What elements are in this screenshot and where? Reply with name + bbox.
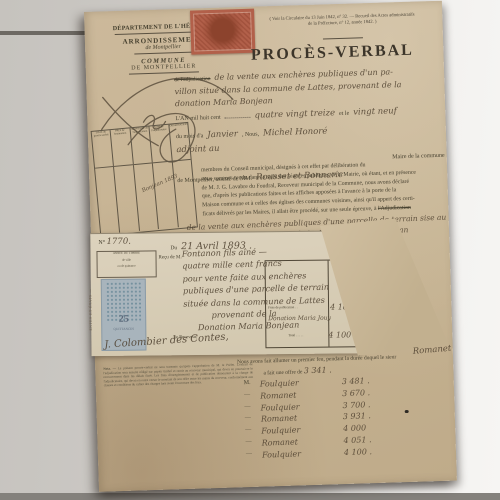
bid-prefix: M. bbox=[244, 380, 260, 386]
numero-handwritten: 1770. bbox=[107, 237, 131, 247]
divider bbox=[323, 37, 363, 39]
handwritten-officer-name: Michel Honoré bbox=[263, 126, 328, 138]
tile-grout-line bbox=[0, 31, 86, 35]
nota-text: Le présent procès-verbal ne sera transmi… bbox=[103, 363, 253, 388]
handwritten-month: Janvier bbox=[207, 129, 238, 140]
printed-text: , Nous, bbox=[242, 131, 259, 138]
bid-prefix: — bbox=[244, 391, 260, 397]
body-paragraph: membres du Conseil municipal, désignés à… bbox=[201, 159, 453, 220]
receipt-number: N° 1770. bbox=[98, 237, 131, 247]
bid-name: Romanet bbox=[260, 389, 342, 401]
receipt-vertical-edge-text: ENTES ET ÉTATS — bbox=[89, 266, 93, 331]
struck-printed-text: l'Adjudication bbox=[378, 205, 411, 212]
offer-label: a fait une offre de bbox=[263, 369, 302, 376]
blank-line bbox=[224, 111, 250, 119]
stamp-value: 25 bbox=[102, 314, 145, 325]
printed-text: L'AN mil huit cent bbox=[175, 115, 220, 122]
handwritten-year: quatre vingt treize bbox=[254, 108, 335, 121]
recu-de-m-label: Reçu de M. bbox=[159, 255, 182, 260]
offer-value: 3 341 . bbox=[304, 365, 332, 375]
printed-text: et le bbox=[339, 111, 349, 117]
proces-verbal-document: DÉPARTEMENT DE L'HÉRAULT ARRONDISSEMENT … bbox=[84, 1, 457, 492]
nota-text-block: Nota. — Le présent procès-verbal ne sera… bbox=[103, 363, 253, 389]
nota-label: Nota. — bbox=[103, 367, 116, 371]
circular-reference: ( Voir la Circulaire du 13 Juin 1842, n°… bbox=[252, 11, 432, 28]
red-stamp-design bbox=[193, 12, 252, 52]
bid-value: 3 670 . bbox=[342, 388, 370, 398]
amounts-handwritten-note: Donation Maria Jouy bbox=[268, 315, 331, 323]
timbre-info-box: ANNÉE DU TIMBRE de ville ou de quittance bbox=[96, 250, 156, 278]
bid-name: Foulquier bbox=[261, 424, 343, 436]
margin-table-body-row: Bonjean 1893 bbox=[95, 160, 197, 235]
bid-prefix: — bbox=[244, 403, 260, 409]
bid-name: Romanet bbox=[261, 436, 343, 448]
stamp-label: QUITTANCES bbox=[112, 328, 136, 332]
total-value: 4 100 bbox=[328, 330, 351, 339]
frais-label: Frais de publication . . bbox=[268, 306, 298, 310]
margin-table-header: OBSERVATIONS bbox=[169, 123, 191, 161]
bid-prefix: — bbox=[245, 415, 261, 421]
margin-table: DATE du procès-verbal PRIX de l'estimati… bbox=[91, 122, 198, 237]
bid-prefix: — bbox=[245, 439, 261, 445]
bid-value: 3 481 . bbox=[342, 376, 370, 386]
bid-value: 3 931 . bbox=[343, 412, 371, 422]
bid-name: Romanet bbox=[261, 412, 343, 424]
first-offer-line: a fait une offre de 3 341 . bbox=[263, 365, 332, 376]
bid-value: 4 051 . bbox=[343, 435, 371, 445]
bid-name: Foulquier bbox=[260, 401, 342, 413]
bid-prefix: — bbox=[246, 450, 262, 456]
total-label: Total . . . . . bbox=[288, 334, 303, 337]
document-title: PROCÈS-VERBAL bbox=[223, 41, 441, 66]
bid-value: 4 100 . bbox=[344, 447, 372, 457]
bid-value: 4 000 bbox=[343, 424, 366, 434]
bid-name: Foulquier bbox=[260, 377, 342, 389]
photo-of-document: DÉPARTEMENT DE L'HÉRAULT ARRONDISSEMENT … bbox=[0, 0, 500, 500]
bid-name: Foulquier bbox=[262, 448, 344, 460]
struck-printed-text: de l'adjudication bbox=[174, 76, 210, 83]
bid-list: M. Foulquier 3 481 . — Romanet 3 670 . —… bbox=[244, 374, 437, 463]
bid-value: 3 700 . bbox=[342, 400, 370, 410]
tile-grout-bottom bbox=[0, 493, 500, 500]
numero-label: N° bbox=[98, 240, 105, 246]
handwritten-day: vingt neuf bbox=[353, 106, 397, 117]
nota-fine-print: Nota. — Le présent procès-verbal ne sera… bbox=[103, 363, 256, 450]
date-label: Du bbox=[170, 245, 177, 251]
bid-prefix: — bbox=[245, 427, 261, 433]
